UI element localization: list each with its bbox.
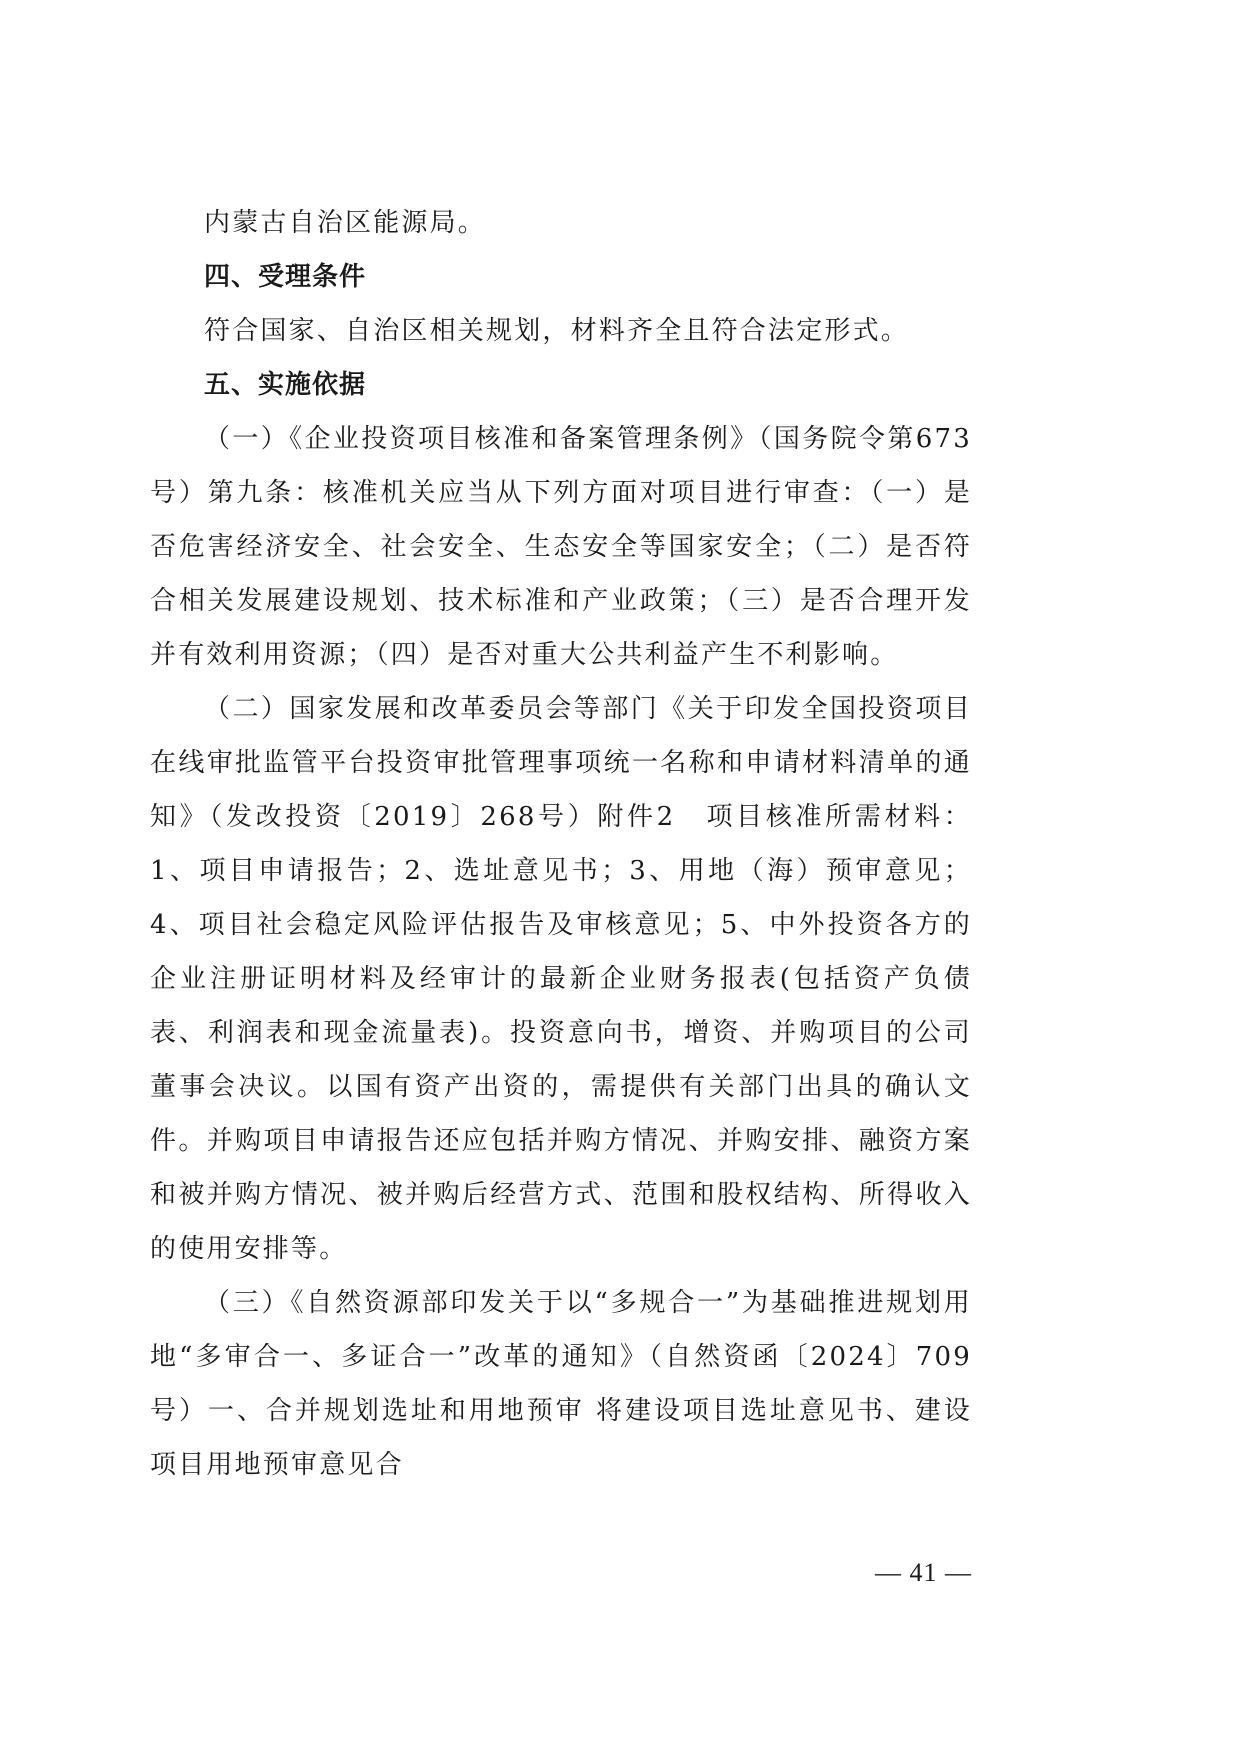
document-page: 内蒙古自治区能源局。 四、受理条件 符合国家、自治区相关规划，材料齐全且符合法定… (150, 196, 972, 1492)
paragraph-authority: 内蒙古自治区能源局。 (150, 196, 972, 250)
page-number: — 41 — (862, 1556, 972, 1590)
paragraph-basis-2: （二）国家发展和改革委员会等部门《关于印发全国投资项目在线审批监管平台投资审批管… (150, 682, 972, 1276)
paragraph-acceptance-conditions: 符合国家、自治区相关规划，材料齐全且符合法定形式。 (150, 304, 972, 358)
heading-implementation-basis: 五、实施依据 (150, 358, 972, 412)
heading-acceptance-conditions: 四、受理条件 (150, 250, 972, 304)
paragraph-basis-1: （一）《企业投资项目核准和备案管理条例》（国务院令第673号）第九条：核准机关应… (150, 412, 972, 682)
paragraph-basis-3: （三）《自然资源部印发关于以“多规合一”为基础推进规划用地“多审合一、多证合一”… (150, 1276, 972, 1492)
